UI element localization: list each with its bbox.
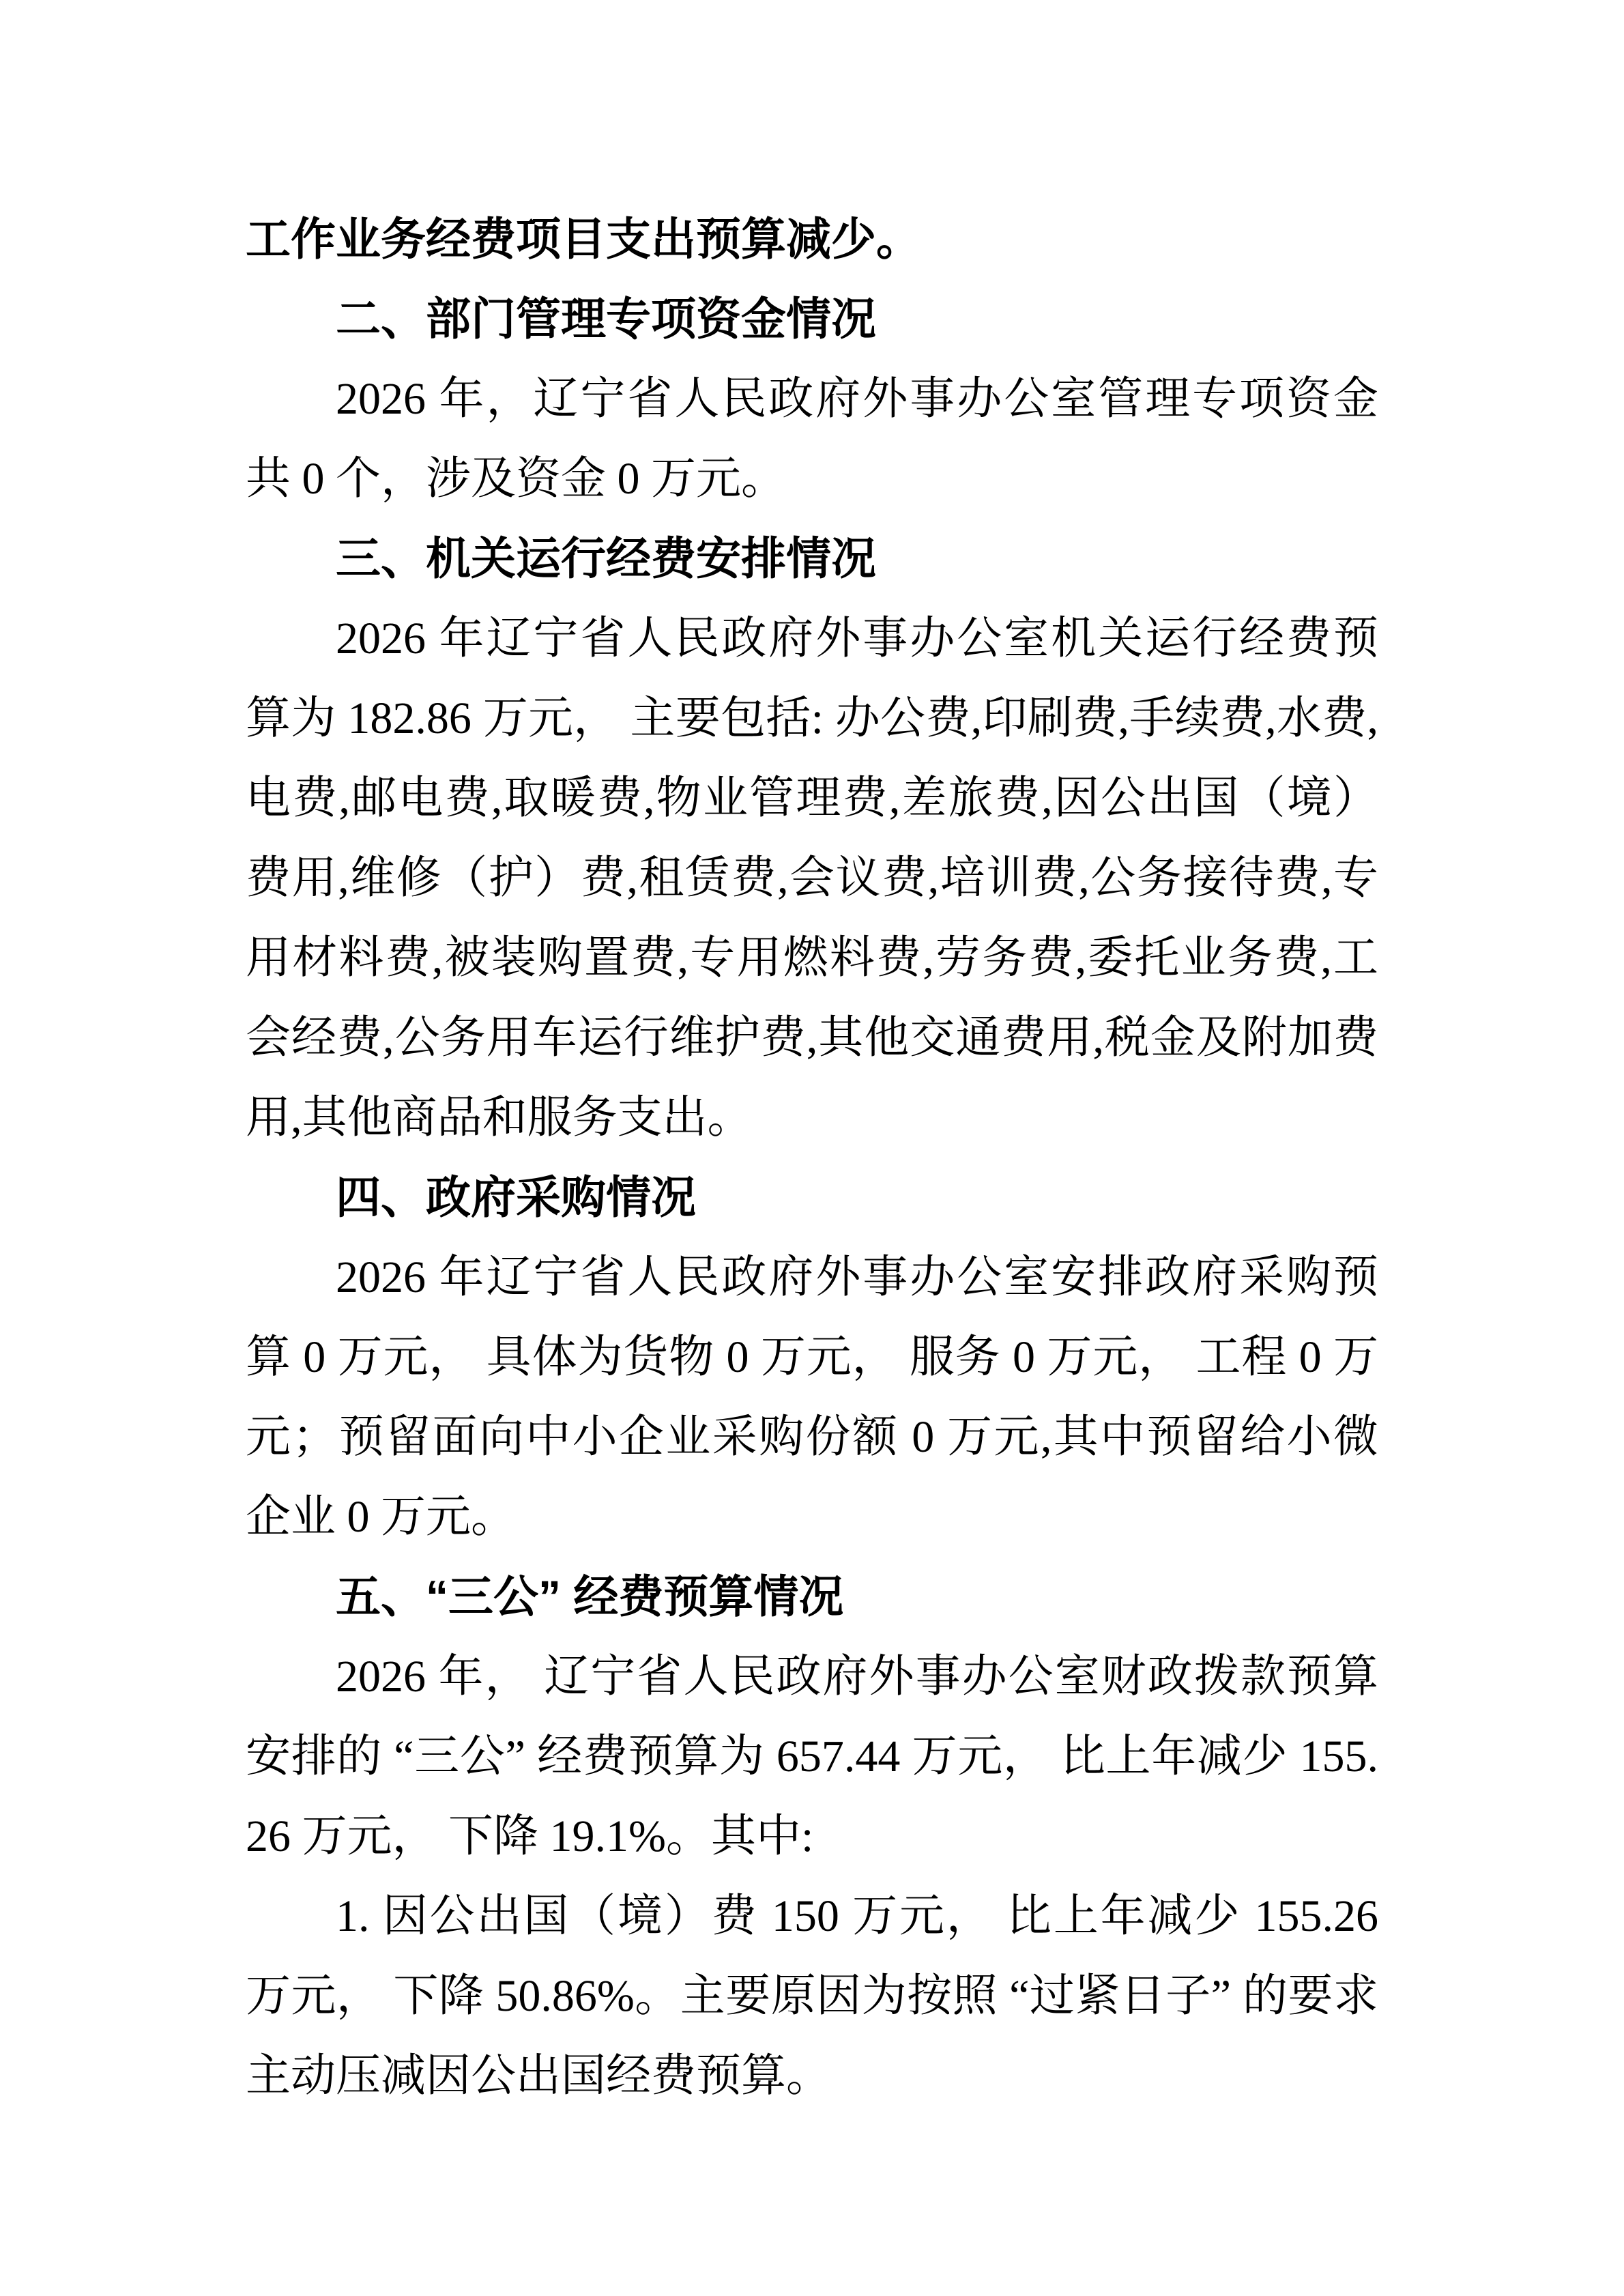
section-heading: 四、政府采购情况: [246, 1158, 1378, 1237]
section-heading: 五、“三公” 经费预算情况: [246, 1557, 1378, 1637]
document-body: 工作业务经费项目支出预算减少。二、部门管理专项资金情况2026 年，辽宁省人民政…: [246, 199, 1378, 2116]
section-heading: 三、机关运行经费安排情况: [246, 519, 1378, 599]
body-paragraph: 2026 年，辽宁省人民政府外事办公室管理专项资金共 0 个，涉及资金 0 万元…: [246, 359, 1378, 519]
section-heading: 二、部门管理专项资金情况: [246, 279, 1378, 359]
body-paragraph: 2026 年辽宁省人民政府外事办公室机关运行经费预算为 182.86 万元， 主…: [246, 599, 1378, 1158]
section-heading: 工作业务经费项目支出预算减少。: [246, 199, 1378, 279]
body-paragraph: 2026 年， 辽宁省人民政府外事办公室财政拨款预算安排的 “三公” 经费预算为…: [246, 1637, 1378, 1876]
body-paragraph: 1. 因公出国（境）费 150 万元， 比上年减少 155.26 万元， 下降 …: [246, 1876, 1378, 2116]
body-paragraph: 2026 年辽宁省人民政府外事办公室安排政府采购预算 0 万元， 具体为货物 0…: [246, 1237, 1378, 1557]
document-page: 工作业务经费项目支出预算减少。二、部门管理专项资金情况2026 年，辽宁省人民政…: [0, 0, 1624, 2296]
